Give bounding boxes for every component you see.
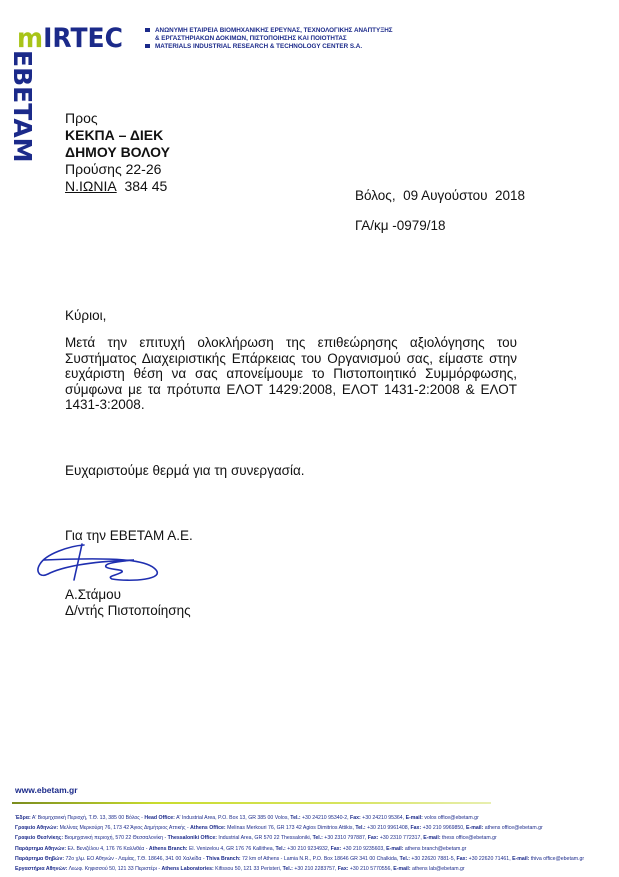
email-value[interactable]: thess office@ebetam.gr — [441, 835, 497, 841]
letter-body: Μετά την επιτυχή ολοκλήρωση της επιθεώρη… — [65, 335, 517, 413]
fax-value: +30 210 9235603, — [341, 846, 386, 852]
footer-text-en: El. Venizelou 4, GR 176 76 Kallithea, — [188, 846, 276, 852]
logo-rest: IRTEC — [43, 23, 123, 53]
footer-address-row: Γραφείο Θεσ/νίκης: Βιομηχανική περιοχή, … — [15, 833, 584, 843]
company-description: ΑΝΩΝΥΜΗ ΕΤΑΙΡΕΙΑ ΒΙΟΜΗΧΑΝΙΚΗΣ ΕΡΕΥΝΑΣ, Τ… — [145, 27, 393, 51]
footer-text: Α' Βιομηχανική Περιοχή, Τ.Θ. 13, 385 00 … — [31, 815, 145, 821]
fax-value: +30 210 9969850, — [421, 825, 466, 831]
footer-text-en: 72 km of Athens - Lamia N.R., P.O. Box 1… — [241, 856, 400, 862]
tel-value: +30 210 2283757, — [293, 866, 338, 872]
email-label: E-mail: — [393, 866, 410, 872]
email-value[interactable]: thiva office@ebetam.gr — [529, 856, 584, 862]
tel-value: +30 22620 7881-5, — [410, 856, 457, 862]
fax-value: +30 24210 95364, — [361, 815, 406, 821]
signer-title: Δ/ντής Πιστοποίησης — [65, 603, 191, 619]
fax-label: Fax: — [338, 866, 349, 872]
footer-address-row: Γραφείο Αθηνών: Μελίνας Μερκούρη 76, 173… — [15, 823, 584, 833]
signer-block: Α.Στάμου Δ/ντής Πιστοποίησης — [65, 587, 191, 619]
tel-label: Tel.: — [355, 825, 365, 831]
logo-accent-letter: m — [17, 23, 43, 53]
tel-value: +30 210 9234932, — [286, 846, 331, 852]
thanks-line: Ευχαριστούμε θερμά για τη συνεργασία. — [65, 463, 305, 478]
footer-label-en: Thiva Branch: — [206, 856, 241, 862]
footer-label: Γραφείο Αθηνών: — [15, 825, 58, 831]
footer-address-row: Παράρτημα Αθηνών: Ελ. Βενιζέλου 4, 176 7… — [15, 844, 584, 854]
footer-address-row: Παράρτημα Θηβών: 72ο χλμ. ΕΟ Αθηνών - Λα… — [15, 854, 584, 864]
email-label: E-mail: — [406, 815, 423, 821]
footer-label: Έδρα: — [15, 815, 31, 821]
fax-label: Fax: — [457, 856, 468, 862]
tel-label: Tel.: — [290, 815, 300, 821]
fax-label: Fax: — [368, 835, 379, 841]
fax-label: Fax: — [350, 815, 361, 821]
bullet-icon — [145, 44, 150, 48]
tel-value: +30 210 9961408, — [366, 825, 411, 831]
fax-label: Fax: — [411, 825, 422, 831]
reference-number: ΓΑ/κμ -0979/18 — [355, 218, 446, 233]
footer-label-en: Athens Branch: — [149, 846, 188, 852]
footer-label-en: Thessaloniki Office: — [168, 835, 217, 841]
fax-value: +30 2310 772317, — [378, 835, 423, 841]
footer-label: Παράρτημα Αθηνών: — [15, 846, 66, 852]
logo-ebetam-text: EBETAM — [10, 50, 35, 163]
footer-text: Λεωφ. Κηφισσού 50, 121 33 Περιστέρι - — [67, 866, 161, 872]
footer-label: Εργαστήρια Αθηνών: — [15, 866, 67, 872]
tel-label: Tel.: — [313, 835, 323, 841]
footer-address-row: Εργαστήρια Αθηνών: Λεωφ. Κηφισσού 50, 12… — [15, 864, 584, 874]
greeting: Κύριοι, — [65, 308, 106, 323]
recipient-org-line1: ΚΕΚΠΑ – ΔΙΕΚ — [65, 127, 170, 144]
company-line-2: & ΕΡΓΑΣΤΗΡΙΑΚΩΝ ΔΟΚΙΜΩΝ, ΠΙΣΤΟΠΟΙΗΣΗΣ ΚΑ… — [155, 35, 347, 42]
footer-text-en: Melinas Merkouri 76, GR 173 42 Agios Dim… — [226, 825, 356, 831]
email-label: E-mail: — [423, 835, 440, 841]
tel-value: +30 2310 797887, — [323, 835, 368, 841]
footer-label-en: Athens Laboratories: — [162, 866, 214, 872]
footer-text: Βιομηχανική περιοχή, 570 22 Θεσσαλονίκη … — [63, 835, 168, 841]
letter-date: Βόλος, 09 Αυγούστου 2018 — [355, 188, 525, 203]
footer-text-en: A' Industrial Area, P.O. Box 13, GR 385 … — [175, 815, 290, 821]
recipient-postal-code: 384 45 — [124, 178, 167, 194]
recipient-city: Ν.ΙΩΝΙΑ — [65, 178, 117, 194]
bullet-icon — [145, 28, 150, 32]
tel-label: Tel.: — [283, 866, 293, 872]
logo-ebetam-vertical: EBETAM — [11, 50, 33, 180]
footer-text: Μελίνας Μερκούρη 76, 173 42 Άγιος Δημήτρ… — [58, 825, 190, 831]
footer-label: Παράρτημα Θηβών: — [15, 856, 64, 862]
recipient-block: Προς ΚΕΚΠΑ – ΔΙΕΚ ΔΗΜΟΥ ΒΟΛΟΥ Προύσης 22… — [65, 110, 170, 195]
email-value[interactable]: volos office@ebetam.gr — [423, 815, 479, 821]
footer-text-en: Industrial Area, GR 570 22 Thessaloniki, — [217, 835, 313, 841]
fax-value: +30 22620 71461, — [467, 856, 512, 862]
footer-text-en: Kifissou 50, 121 33 Peristeri, — [214, 866, 283, 872]
footer-address-row: Έδρα: Α' Βιομηχανική Περιοχή, Τ.Θ. 13, 3… — [15, 813, 584, 823]
email-label: E-mail: — [386, 846, 403, 852]
email-value[interactable]: athens lab@ebetam.gr — [411, 866, 465, 872]
recipient-street: Προύσης 22-26 — [65, 161, 170, 178]
company-line-1: ΑΝΩΝΥΜΗ ΕΤΑΙΡΕΙΑ ΒΙΟΜΗΧΑΝΙΚΗΣ ΕΡΕΥΝΑΣ, Τ… — [155, 27, 393, 34]
website-link[interactable]: www.ebetam.gr — [15, 785, 78, 795]
email-label: E-mail: — [512, 856, 529, 862]
company-line-3: MATERIALS INDUSTRIAL RESEARCH & TECHNOLO… — [155, 43, 362, 50]
email-value[interactable]: athens office@ebetam.gr — [483, 825, 542, 831]
email-value[interactable]: athens branch@ebetam.gr — [403, 846, 466, 852]
footer-text: Ελ. Βενιζέλου 4, 176 76 Καλλιθέα - — [66, 846, 149, 852]
logo-mirtec: mIRTEC — [17, 25, 123, 51]
fax-value: +30 210 5770556, — [348, 866, 393, 872]
footer-label: Γραφείο Θεσ/νίκης: — [15, 835, 63, 841]
footer-text: 72ο χλμ. ΕΟ Αθηνών - Λαμίας, Τ.Θ. 18646,… — [64, 856, 206, 862]
footer-divider — [12, 802, 491, 804]
signer-name: Α.Στάμου — [65, 587, 191, 603]
tel-label: Tel.: — [400, 856, 410, 862]
recipient-prefix: Προς — [65, 110, 170, 127]
email-label: E-mail: — [466, 825, 483, 831]
footer-label-en: Head Office: — [144, 815, 175, 821]
recipient-org-line2: ΔΗΜΟΥ ΒΟΛΟΥ — [65, 144, 170, 161]
footer-addresses: Έδρα: Α' Βιομηχανική Περιοχή, Τ.Θ. 13, 3… — [15, 813, 584, 874]
tel-value: +30 24210 95340-2, — [301, 815, 350, 821]
fax-label: Fax: — [331, 846, 342, 852]
footer-label-en: Athens Office: — [190, 825, 225, 831]
tel-label: Tel.: — [275, 846, 285, 852]
